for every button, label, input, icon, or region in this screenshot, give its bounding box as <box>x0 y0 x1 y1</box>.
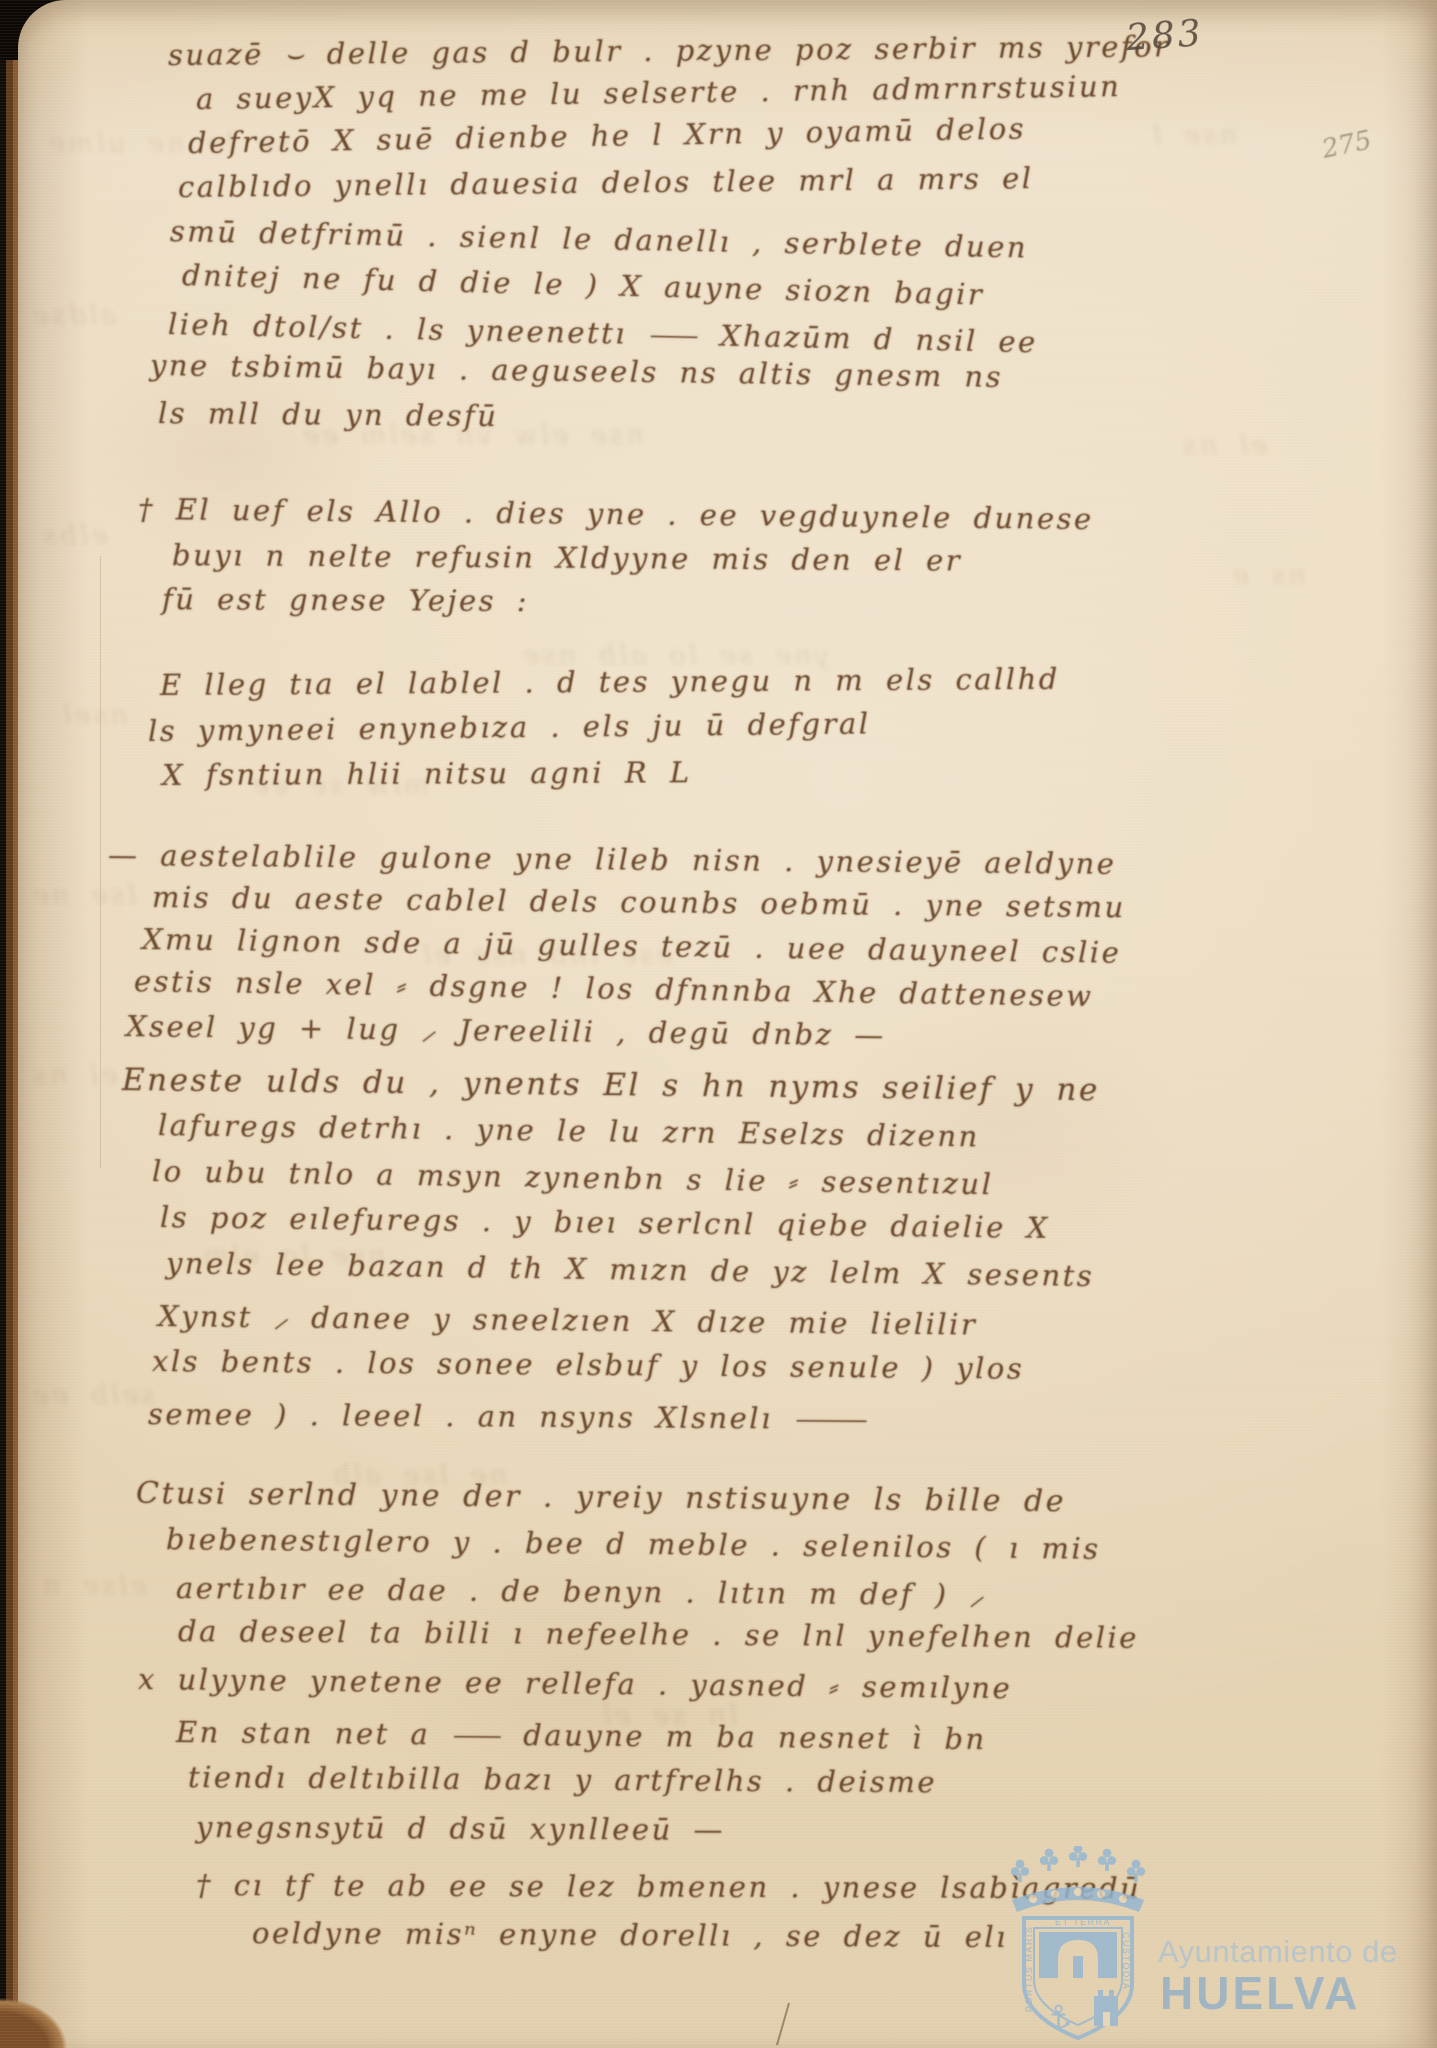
manuscript-line: smū detfrimū . sienl le danellı , serble… <box>170 214 1029 264</box>
manuscript-line: — aestelablile gulone yne lileb nisn . y… <box>108 838 1117 881</box>
manuscript-line: fū est gnese Yejes : <box>162 582 529 618</box>
manuscript-line: a sueyX yq ne me lu selserte . rnh admrn… <box>196 69 1122 116</box>
manuscript-line: calblıdo ynellı dauesia delos tlee mrl a… <box>178 161 1034 204</box>
ink-bleedthrough: elbs <box>40 520 108 551</box>
pencil-folio-number: 275 <box>1319 125 1374 165</box>
ink-bleedthrough: ns e <box>1230 560 1306 591</box>
manuscript-line: X fsntiun hlii nitsu agni R L <box>162 755 692 792</box>
manuscript-line: ynegsnsytū d dsū xynlleeū — <box>196 1810 725 1847</box>
manuscript-line: E lleg tıa el lablel . d tes ynegu n m e… <box>160 662 1060 702</box>
shield-motto-top: ET TERRA <box>1055 1917 1111 1927</box>
manuscript-line: ls poz eılefuregs . y bıeı serlcnl qiebe… <box>160 1200 1050 1245</box>
ink-bleedthrough: nse l <box>1150 120 1237 151</box>
manuscript-line: defretō X suē dienbe he l Xrn y oyamū de… <box>188 111 1027 160</box>
shield-motto-right: CUSTODIA <box>1121 1932 1131 1990</box>
manuscript-line: buyı n nelte refusin Xldyyne mis den el … <box>172 538 962 578</box>
watermark-org-name: Ayuntamiento de <box>1158 1934 1398 1970</box>
manuscript-line: semee ) . leeel . an nsyns Xlsnelı ⸻ <box>148 1392 869 1438</box>
tower-icon <box>1094 1990 1118 2026</box>
anchor-icon: ⚓ <box>1044 1998 1073 2036</box>
manuscript-line: oeldyne misⁿ enyne dorellı , se dez ū el… <box>252 1916 1008 1954</box>
manuscript-line: Ctusi serlnd yne der . yreiy nstisuyne l… <box>136 1476 1066 1519</box>
manuscript-line: lafuregs detrhı . yne le lu zrn Eselzs d… <box>158 1108 980 1153</box>
manuscript-line: ls mll du yn desfū <box>158 396 499 433</box>
archive-watermark: PORTUS MARIS ET TERRA CUSTODIA ⚓ Ayuntam… <box>1002 1846 1432 2046</box>
ink-bleedthrough: el ns <box>30 1060 117 1091</box>
ink-bleedthrough: selb ee <box>30 1380 155 1411</box>
manuscript-line: En stan net a ⸺ dauyne m ba nesnet ì bn <box>176 1710 987 1758</box>
manuscript-line: da deseel ta billi ı nefeelhe . se lnl y… <box>178 1614 1139 1655</box>
manuscript-line: lo ubu tnlo a msyn zynenbn s lie ⸗ sesen… <box>152 1154 994 1202</box>
manuscript-line: mis du aeste cablel dels counbs oebmū . … <box>152 880 1126 924</box>
folio-number: 283 <box>1125 13 1205 59</box>
arch-pillar <box>1073 1956 1083 1978</box>
manuscript-line: dnitej ne fu d die le ) X auyne siozn ba… <box>182 258 985 312</box>
manuscript-line: estis nsle xel ⸗ dsgne ! los dfnnnba Xhe… <box>134 964 1094 1014</box>
manuscript-line: x ulyyne ynetene ee rellefa . yasned ⸗ s… <box>138 1662 1013 1706</box>
manuscript-line: Xmu lignon sde a jū gulles tezū . uee da… <box>142 922 1122 970</box>
shield-motto-left: PORTUS MARIS <box>1024 1926 1034 2012</box>
ink-bleedthrough: else n <box>40 1570 146 1601</box>
watermark-city-name: HUELVA <box>1160 1966 1360 2020</box>
manuscript-line: xls bents . los sonee elsbuf y los senul… <box>152 1344 1025 1386</box>
stray-ink-mark <box>776 2003 790 2046</box>
manuscript-line: bıebenestıglero y . bee d meble . seleni… <box>166 1522 1101 1566</box>
ink-bleedthrough: nsel <box>60 700 128 731</box>
manuscript-line: † cı tf te ab ee se lez bmenen . ynese l… <box>196 1868 1141 1905</box>
manuscript-line: suazē ⌣ delle gas d bulr . pzyne poz ser… <box>168 29 1171 73</box>
manuscript-line: ls ymyneei enynebıza . els ju ū defgral <box>148 706 871 748</box>
manuscript-line: ynels lee bazan d th X mızn de yz lelm X… <box>166 1246 1095 1293</box>
manuscript-line: tiendı deltıbilla bazı y artfrelhs . dei… <box>188 1760 937 1799</box>
ink-bleedthrough: aldse <box>30 300 117 331</box>
ink-bleedthrough: el ns <box>1180 430 1267 461</box>
manuscript-line: Eneste ulds du , ynents El s hn nyms sei… <box>122 1062 1100 1108</box>
manuscript-scan: se lo ne ulmealdsense elw vn selm eeelbs… <box>0 0 1437 2048</box>
manuscript-line: † El uef els Allo . dies yne . ee vegduy… <box>138 492 1094 536</box>
manuscript-line: Xseel yg + lug ⸝ Jereelili , degū dnbz — <box>126 1006 886 1054</box>
manuscript-line: Xynst ⸝ danee y sneelzıen X dıze mie lie… <box>158 1296 978 1344</box>
crown-points <box>1011 1846 1145 1882</box>
ink-bleedthrough: lse ne <box>30 880 136 911</box>
manuscript-line: aertıbır ee dae . de benyn . lıtın m def… <box>176 1568 987 1614</box>
huelva-coat-of-arms-icon: PORTUS MARIS ET TERRA CUSTODIA ⚓ <box>1002 1846 1154 2046</box>
